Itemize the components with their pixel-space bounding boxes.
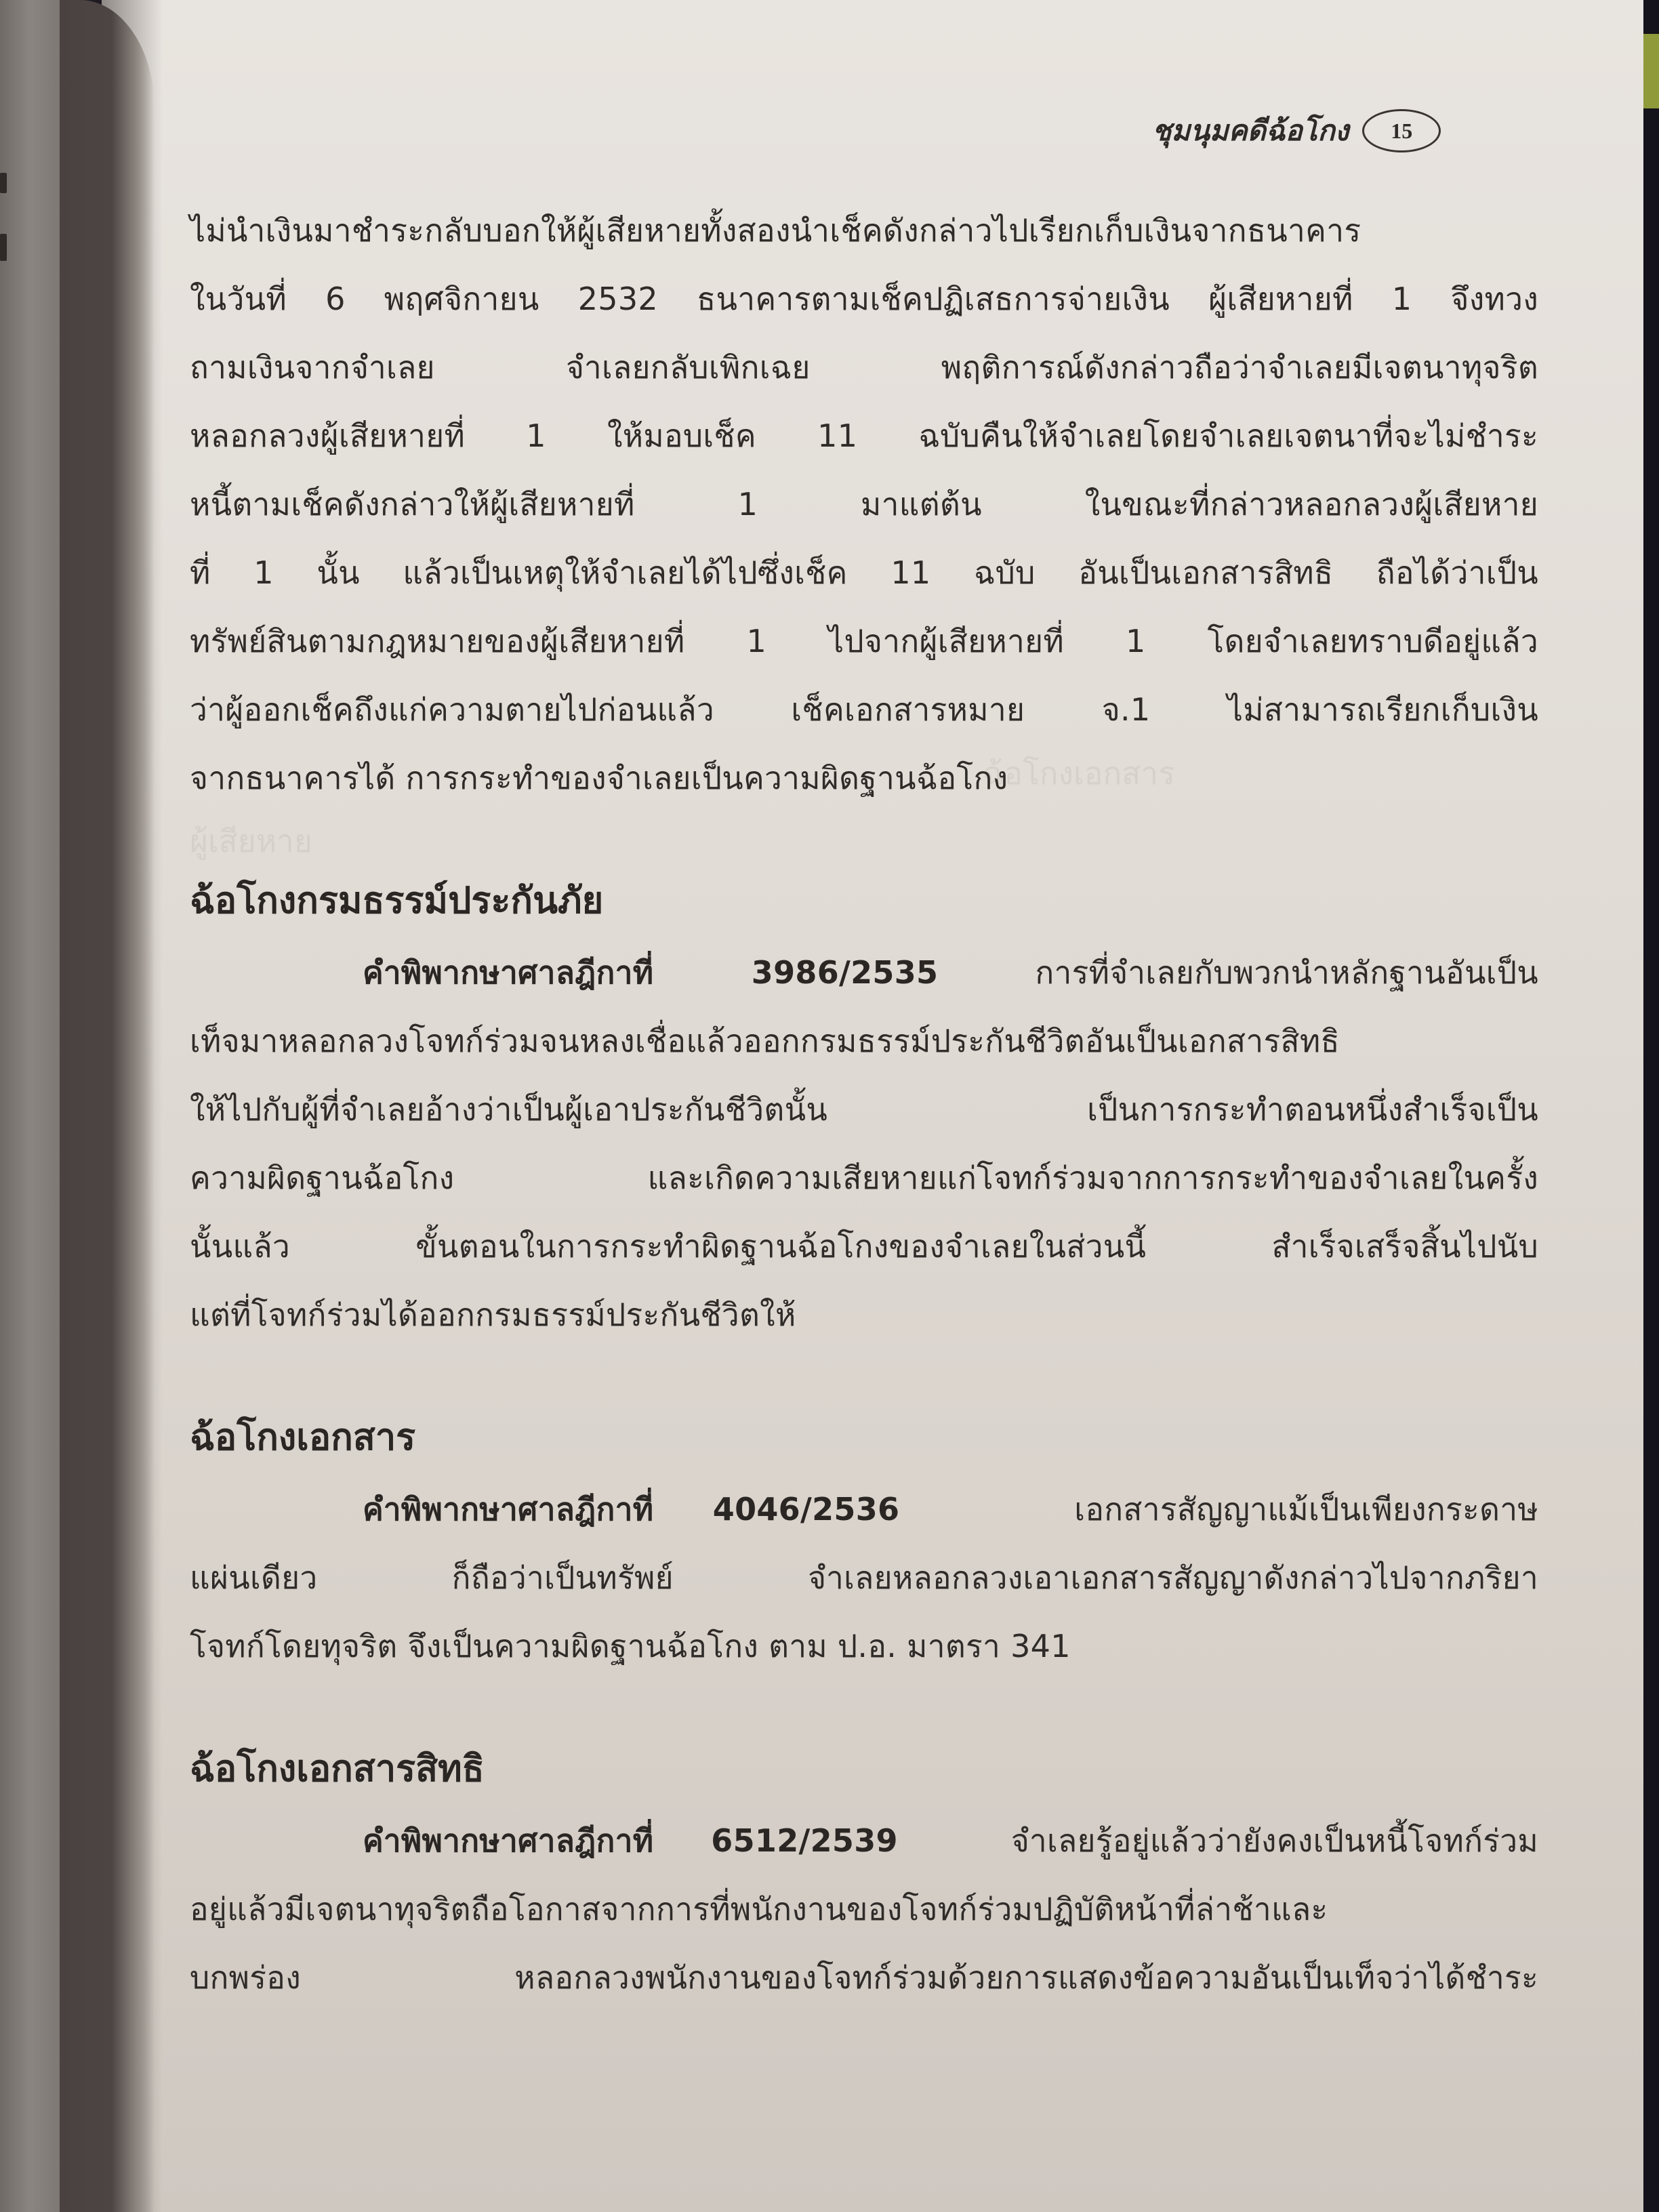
book-gutter-shadow <box>60 0 155 2212</box>
section-insurance-policy-fraud: ฉ้อโกงกรมธรรม์ประกันภัย คำพิพากษาศาลฎีกา… <box>190 863 1538 1349</box>
text-line: ทรัพย์สินตามกฎหมายของผู้เสียหายที่ 1 ไปจ… <box>190 607 1538 676</box>
text-fragment: การที่จำเลยกับพวกนำหลักฐานอันเป็น <box>1035 954 1538 991</box>
text-line: ในวันที่ 6 พฤศจิกายน 2532 ธนาคารตามเช็คป… <box>190 265 1538 333</box>
case-reference: คำพิพากษาศาลฎีกาที่ 3986/2535 <box>363 954 938 991</box>
left-page-text-fragment <box>0 173 7 193</box>
text-line: เท็จมาหลอกลวงโจทก์ร่วมจนหลงเชื่อแล้วออกก… <box>190 1007 1538 1076</box>
case-paragraph: คำพิพากษาศาลฎีกาที่ 4046/2536 เอกสารสัญญ… <box>190 1475 1538 1681</box>
text-line: ถามเงินจากจำเลย จำเลยกลับเพิกเฉย พฤติการ… <box>190 333 1538 402</box>
text-line: จากธนาคารได้ การกระทำของจำเลยเป็นความผิด… <box>190 744 1538 813</box>
photo-scene: ฉ้อโกงเอกสาร ผู้เสียหาย ชุมนุมคดีฉ้อโกง … <box>0 0 1659 2212</box>
text-line: หลอกลวงผู้เสียหายที่ 1 ให้มอบเช็ค 11 ฉบั… <box>190 402 1538 470</box>
section-negotiable-instrument-fraud: ฉ้อโกงเอกสารสิทธิ คำพิพากษาศาลฎีกาที่ 65… <box>190 1731 1538 2012</box>
text-line: แผ่นเดียว ก็ถือว่าเป็นทรัพย์ จำเลยหลอกลว… <box>190 1544 1538 1612</box>
section-heading: ฉ้อโกงเอกสาร <box>190 1399 1538 1475</box>
case-reference: คำพิพากษาศาลฎีกาที่ 6512/2539 <box>363 1822 898 1859</box>
section-heading: ฉ้อโกงเอกสารสิทธิ <box>190 1731 1538 1807</box>
text-line: นั้นแล้ว ขั้นตอนในการกระทำผิดฐานฉ้อโกงขอ… <box>190 1212 1538 1281</box>
text-line-first: คำพิพากษาศาลฎีกาที่ 4046/2536 เอกสารสัญญ… <box>190 1475 1538 1544</box>
text-line-first: คำพิพากษาศาลฎีกาที่ 3986/2535 การที่จำเล… <box>190 939 1538 1007</box>
text-line: บกพร่อง หลอกลวงพนักงานของโจทก์ร่วมด้วยกา… <box>190 1944 1538 2012</box>
spacer <box>190 813 1538 863</box>
running-title: ชุมนุมคดีฉ้อโกง <box>1152 108 1349 153</box>
text-line: ให้ไปกับผู้ที่จำเลยอ้างว่าเป็นผู้เอาประก… <box>190 1076 1538 1144</box>
section-heading: ฉ้อโกงกรมธรรม์ประกันภัย <box>190 863 1538 939</box>
text-line: แต่ที่โจทก์ร่วมได้ออกกรมธรรม์ประกันชีวิต… <box>190 1281 1538 1349</box>
text-line: ที่ 1 นั้น แล้วเป็นเหตุให้จำเลยได้ไปซึ่ง… <box>190 539 1538 607</box>
text-fragment: เอกสารสัญญาแม้เป็นเพียงกระดาษ <box>1074 1491 1538 1528</box>
case-paragraph: คำพิพากษาศาลฎีกาที่ 3986/2535 การที่จำเล… <box>190 939 1538 1349</box>
spacer <box>190 1681 1538 1731</box>
running-header: ชุมนุมคดีฉ้อโกง 15 <box>1152 108 1441 153</box>
spacer <box>190 1349 1538 1399</box>
text-line: ว่าผู้ออกเช็คถึงแก่ความตายไปก่อนแล้ว เช็… <box>190 676 1538 744</box>
section-document-fraud: ฉ้อโกงเอกสาร คำพิพากษาศาลฎีกาที่ 4046/25… <box>190 1399 1538 1681</box>
case-paragraph: คำพิพากษาศาลฎีกาที่ 6512/2539 จำเลยรู้อย… <box>190 1807 1538 2012</box>
text-fragment: จำเลยรู้อยู่แล้วว่ายังคงเป็นหนี้โจทก์ร่ว… <box>1011 1822 1538 1859</box>
text-line-first: คำพิพากษาศาลฎีกาที่ 6512/2539 จำเลยรู้อย… <box>190 1807 1538 1875</box>
text-line: ไม่นำเงินมาชำระกลับบอกให้ผู้เสียหายทั้งส… <box>190 197 1538 265</box>
text-line: ความผิดฐานฉ้อโกง และเกิดความเสียหายแก่โจ… <box>190 1144 1538 1212</box>
text-line: อยู่แล้วมีเจตนาทุจริตถือโอกาสจากการที่พน… <box>190 1875 1538 1944</box>
case-reference: คำพิพากษาศาลฎีกาที่ 4046/2536 <box>363 1491 899 1528</box>
continued-paragraph: ไม่นำเงินมาชำระกลับบอกให้ผู้เสียหายทั้งส… <box>190 197 1538 813</box>
text-line: หนี้ตามเช็คดังกล่าวให้ผู้เสียหายที่ 1 มา… <box>190 470 1538 539</box>
text-line: โจทก์โดยทุจริต จึงเป็นความผิดฐานฉ้อโกง ต… <box>190 1612 1538 1681</box>
page-body: ไม่นำเงินมาชำระกลับบอกให้ผู้เสียหายทั้งส… <box>190 197 1538 2012</box>
left-page-text-fragment <box>0 234 7 261</box>
page-number: 15 <box>1362 109 1441 152</box>
